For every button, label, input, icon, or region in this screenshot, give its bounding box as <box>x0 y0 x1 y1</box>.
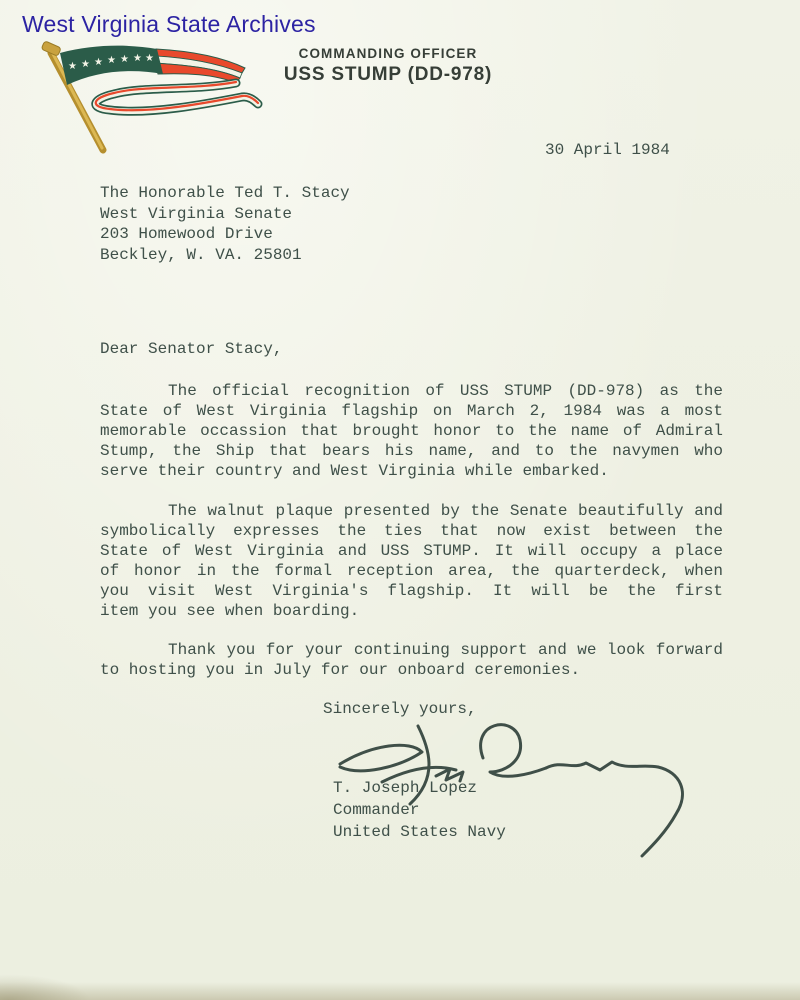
text-line: to hosting you in July for our onboard c… <box>100 660 723 680</box>
salutation: Dear Senator Stacy, <box>100 340 282 358</box>
svg-text:★: ★ <box>145 53 154 64</box>
text-line: West Virginia Senate <box>100 204 350 225</box>
flag-pennant-icon: ★★★ ★★★ ★ <box>34 40 269 175</box>
text-line: you visit West Virginia's flagship. It w… <box>100 581 723 601</box>
text-line: State of West Virginia and USS STUMP. It… <box>100 541 723 561</box>
signer-rank: Commander <box>333 799 506 821</box>
text-line: 203 Homewood Drive <box>100 224 350 245</box>
text-line: The Honorable Ted T. Stacy <box>100 183 350 204</box>
body-paragraph-2: The walnut plaque presented by the Senat… <box>100 501 723 621</box>
signature-block: T. Joseph Lopez Commander United States … <box>333 777 506 843</box>
svg-text:★: ★ <box>120 54 129 65</box>
svg-text:★: ★ <box>133 53 142 64</box>
letterhead-ship-name: USS STUMP (DD-978) <box>278 64 498 86</box>
text-line: Thank you for your continuing support an… <box>100 640 723 660</box>
letter-date: 30 April 1984 <box>545 141 670 159</box>
us-flag-pennant-icon: ★★★ ★★★ ★ <box>34 40 269 175</box>
letterhead-commanding-officer: COMMANDING OFFICER <box>278 46 498 61</box>
text-line: State of West Virginia flagship on March… <box>100 401 723 421</box>
letterhead: COMMANDING OFFICER USS STUMP (DD-978) <box>278 46 498 86</box>
svg-text:★: ★ <box>81 59 90 70</box>
scanned-letter-page: West Virginia State Archives ★★★ ★★★ ★ <box>0 0 800 1000</box>
text-line: The walnut plaque presented by the Senat… <box>100 501 723 521</box>
scan-corner-shadow <box>0 974 90 1000</box>
signer-service: United States Navy <box>333 821 506 843</box>
svg-text:★: ★ <box>94 57 103 68</box>
svg-text:★: ★ <box>107 55 116 66</box>
archives-watermark-title: West Virginia State Archives <box>22 11 316 38</box>
text-line: The official recognition of USS STUMP (D… <box>100 381 723 401</box>
scan-edge-shadow <box>0 982 800 1000</box>
text-line: of honor in the formal reception area, t… <box>100 561 723 581</box>
text-line: memorable occassion that brought honor t… <box>100 421 723 441</box>
text-line: serve their country and West Virginia wh… <box>100 461 723 481</box>
body-paragraph-3: Thank you for your continuing support an… <box>100 640 723 680</box>
svg-text:★: ★ <box>68 61 77 72</box>
text-line: item you see when boarding. <box>100 601 723 621</box>
text-line: Beckley, W. VA. 25801 <box>100 245 350 266</box>
body-paragraph-1: The official recognition of USS STUMP (D… <box>100 381 723 481</box>
recipient-address-block: The Honorable Ted T. StacyWest Virginia … <box>100 183 350 265</box>
text-line: symbolically expresses the ties that now… <box>100 521 723 541</box>
signer-name: T. Joseph Lopez <box>333 777 506 799</box>
text-line: Stump, the Ship that bears his name, and… <box>100 441 723 461</box>
